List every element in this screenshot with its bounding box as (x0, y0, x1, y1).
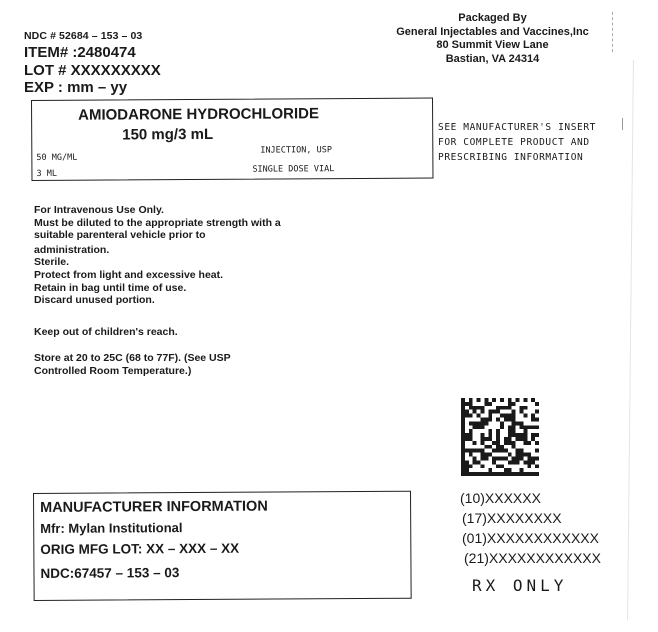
instruction-line: Discard unused portion. (34, 294, 364, 307)
original-mfg-lot: ORIG MFG LOT: XX – XXX – XX (40, 541, 239, 557)
packager-company: General Injectables and Vaccines,Inc (360, 26, 625, 40)
insert-note-line: SEE MANUFACTURER'S INSERT (438, 120, 596, 135)
instruction-line: For Intravenous Use Only. (34, 204, 364, 217)
packager-heading: Packaged By (360, 12, 625, 26)
manufacturer-name: Mfr: Mylan Institutional (40, 520, 182, 536)
product-container: SINGLE DOSE VIAL (252, 164, 334, 175)
storage-instructions: Store at 20 to 25C (68 to 77F). (See USP… (34, 352, 231, 378)
manufacturer-title: MANUFACTURER INFORMATION (40, 499, 268, 516)
item-number: ITEM# :2480474 (24, 44, 136, 61)
product-name: AMIODARONE HYDROCHLORIDE (78, 105, 319, 123)
packager-street: 80 Summit View Lane (360, 39, 625, 53)
manufacturer-ndc: NDC:67457 – 153 – 03 (40, 565, 179, 581)
packager-block: Packaged By General Injectables and Vacc… (360, 12, 625, 66)
usage-instructions: For Intravenous Use Only. Must be dilute… (34, 204, 364, 307)
product-box: AMIODARONE HYDROCHLORIDE 150 mg/3 mL 50 … (31, 98, 433, 181)
label-edge (627, 60, 634, 620)
product-form: INJECTION, USP (260, 145, 332, 155)
instruction-line: administration. (34, 244, 364, 257)
ndc-number: NDC # 52684 – 153 – 03 (24, 30, 142, 42)
insert-note-line: FOR COMPLETE PRODUCT AND (438, 135, 596, 150)
gs1-gtin: (01)XXXXXXXXXXXX (462, 528, 601, 548)
gs1-batch: (10)XXXXXX (460, 488, 601, 508)
gs1-expiry: (17)XXXXXXXX (462, 508, 601, 528)
instruction-line: Must be diluted to the appropriate stren… (34, 217, 364, 230)
insert-note: SEE MANUFACTURER'S INSERT FOR COMPLETE P… (438, 120, 596, 165)
product-concentration: 50 MG/ML (36, 153, 77, 163)
scan-artifact (622, 118, 623, 130)
keep-out-warning: Keep out of children's reach. (34, 326, 178, 338)
insert-note-line: PRESCRIBING INFORMATION (438, 150, 596, 165)
gs1-serial: (21)XXXXXXXXXXXX (464, 548, 601, 568)
product-strength: 150 mg/3 mL (122, 126, 213, 144)
storage-line: Store at 20 to 25C (68 to 77F). (See USP (34, 352, 231, 365)
manufacturer-info-box: MANUFACTURER INFORMATION Mfr: Mylan Inst… (33, 491, 412, 601)
instruction-line: Protect from light and excessive heat. (34, 269, 364, 282)
storage-line: Controlled Room Temperature.) (34, 365, 231, 378)
lot-number: LOT # XXXXXXXXX (24, 62, 161, 79)
expiration-date: EXP : mm – yy (24, 79, 127, 96)
instruction-line: suitable parenteral vehicle prior to (34, 229, 364, 242)
gs1-identifiers: (10)XXXXXX (17)XXXXXXXX (01)XXXXXXXXXXXX… (460, 488, 601, 568)
rx-only-label: RX ONLY (472, 576, 567, 595)
instruction-line: Retain in bag until time of use. (34, 282, 364, 295)
instruction-line: Sterile. (34, 256, 364, 269)
datamatrix-barcode-icon (460, 398, 540, 476)
packager-city: Bastian, VA 24314 (360, 53, 625, 67)
product-volume: 3 ML (36, 169, 57, 179)
